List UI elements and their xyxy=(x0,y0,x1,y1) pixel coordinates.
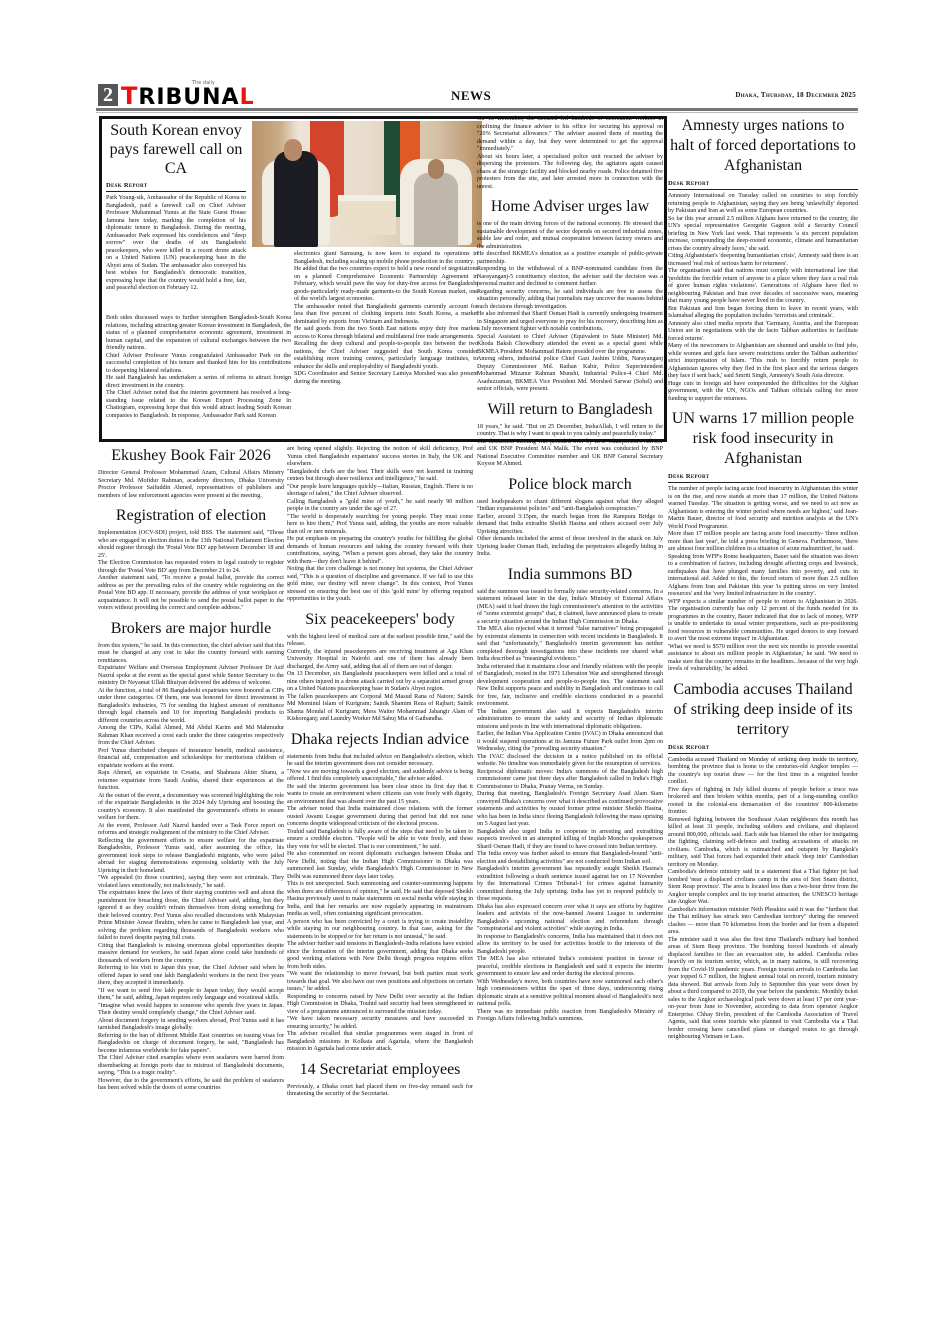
paragraph: Previously, a Dhaka court had placed the… xyxy=(287,1084,473,1099)
byline: Desk Report xyxy=(106,182,246,192)
paragraph: The adviser noted that India maintained … xyxy=(287,806,473,829)
paragraph: About six hours later, a specialised pol… xyxy=(477,154,663,192)
paragraph: Responding to concerns raised by New Del… xyxy=(287,994,473,1017)
paragraph: Regarding security concerns, he said ind… xyxy=(477,289,663,312)
paragraph: Among others, industrial police Chief Ga… xyxy=(477,356,663,394)
paragraph: Noting that the core challenge is not mo… xyxy=(287,566,473,604)
logo-tagline: The daily xyxy=(192,80,215,86)
paragraph: from this system," he said. In this conn… xyxy=(98,643,284,666)
paragraph: He put emphasis on preparing the country… xyxy=(287,536,473,566)
byline: Desk Report xyxy=(668,180,858,190)
paragraph: Earlier, around 3:15pm, the march began … xyxy=(477,514,663,537)
dateline: Dhaka, Thursday, 18 December 2025 xyxy=(735,91,856,99)
paragraph: Bangladesh's interim government has repe… xyxy=(477,866,663,904)
headline: Brokers are major hurdle xyxy=(98,619,284,639)
headline: Home Adviser urges law xyxy=(477,197,663,217)
column-1: Ekushey Book Fair 2026 Director General … xyxy=(98,446,284,1093)
section-title: NEWS xyxy=(451,88,491,104)
paragraph: Among the CIPs, Kallal Ahmed, Md Abdul K… xyxy=(98,725,284,748)
paragraph: There was no immediate public reaction f… xyxy=(477,1009,663,1024)
paragraph: The India envoy was further asked to ens… xyxy=(477,851,663,866)
paragraph: But Pakistan and Iran began forcing them… xyxy=(668,306,858,321)
paragraph: At the event, Professor Asif Nazrul hand… xyxy=(98,823,284,838)
header-rule-thin xyxy=(96,112,858,113)
paragraph: Recalling the deep cultural and people-t… xyxy=(294,341,478,371)
paragraph: Prof Yunus distributed cheques of insura… xyxy=(98,748,284,771)
paragraph: On 10 December, the accused led hundreds… xyxy=(477,116,663,154)
column-3-top: On 10 December, the accused led hundreds… xyxy=(477,116,663,1024)
paragraph: Huge cuts in foreign aid have compounded… xyxy=(668,381,858,404)
paragraph: The MEA also rejected what it termed "fa… xyxy=(477,626,663,664)
page-number: 2 xyxy=(98,84,118,106)
headline: Police block march xyxy=(477,475,663,495)
paragraph: Another statement said, "To receive a po… xyxy=(98,575,284,613)
paragraph: At the outset of the event, a documentar… xyxy=(98,793,284,823)
paragraph: Director General Professor Mohammad Azam… xyxy=(98,470,284,500)
headline: India summons BD xyxy=(477,565,663,585)
paragraph: He added that the two countries expect t… xyxy=(294,266,478,304)
paragraph: In response to Bangladesh's concerns, In… xyxy=(477,934,663,957)
paragraph: He also informed that Sharif Osman Hadi … xyxy=(477,311,663,334)
paragraph: Amnesty International on Tuesday called … xyxy=(668,193,858,216)
paragraph: He described BKMEA's donation as a posit… xyxy=(477,251,663,266)
headline: 14 Secretariat employees xyxy=(287,1060,473,1080)
paragraph: More than 17 million people are facing a… xyxy=(668,531,858,554)
paragraph: Implementation (OCV-SDI) project, told B… xyxy=(98,530,284,560)
paragraph: 'What we need is $570 million over the n… xyxy=(668,644,858,674)
paragraph: He said the interim government has been … xyxy=(287,784,473,807)
header-rule xyxy=(96,108,858,111)
column-2: are being opened slightly. Rejecting the… xyxy=(287,446,473,1099)
logo: TRIBUNAL xyxy=(121,82,255,110)
paragraph: "We have taken necessary security measur… xyxy=(287,1016,473,1031)
byline: Desk Report xyxy=(668,473,858,483)
headline: South Korean envoy pays farewell call on… xyxy=(106,121,246,178)
paragraph: Touhid said Bangladesh is fully aware of… xyxy=(287,829,473,852)
newspaper-page: 2 TRIBUNAL The daily NEWS Dhaka, Thursda… xyxy=(96,82,858,110)
paragraph: is one of the main driving forces of the… xyxy=(477,221,663,251)
paragraph: However, due to the government's efforts… xyxy=(98,1078,284,1093)
paragraph: Other demands included the arrest of tho… xyxy=(477,536,663,559)
paragraph: Dhaka has also expressed concern over wh… xyxy=(477,904,663,934)
paragraph: are being opened slightly. Rejecting the… xyxy=(287,446,473,469)
paragraph: The Chief Adviser noted that the interim… xyxy=(106,390,291,420)
photo-ambassador-meeting xyxy=(252,121,482,247)
paragraph: Currently, the injured peacekeepers are … xyxy=(287,649,473,672)
paragraph: 18 years," he said. "But on 25 December,… xyxy=(477,424,663,439)
korea-column-1b: Both sides discussed ways to further str… xyxy=(106,315,291,420)
paragraph: The organisation said that nations must … xyxy=(668,268,858,306)
headline: UN warns 17 million people risk food ins… xyxy=(668,409,858,469)
korea-column-1: South Korean envoy pays farewell call on… xyxy=(106,121,246,293)
headline: Six peacekeepers' body xyxy=(287,610,473,630)
paragraph: Citing that Bangladesh is missing enormo… xyxy=(98,943,284,966)
paragraph: The ambassador noted that Bangladeshi ga… xyxy=(294,304,478,327)
paragraph: electronics giant Samsung, is now keen t… xyxy=(294,251,478,266)
paragraph: This is not unexpected. Such summoning a… xyxy=(287,881,473,919)
headline: Cambodia accuses Thailand of striking de… xyxy=(668,680,858,740)
paragraph: A person who has been convicted by a cou… xyxy=(287,919,473,942)
paragraph: The fallen peacekeepers are Corporal Md … xyxy=(287,694,473,724)
paragraph: statements from India that included advi… xyxy=(287,754,473,769)
byline: Desk Report xyxy=(668,744,858,754)
headline: Ekushey Book Fair 2026 xyxy=(98,446,284,466)
paragraph: Amnesty also cited media reports that 'G… xyxy=(668,321,858,344)
paragraph: During that meeting, Bangladesh's Foreig… xyxy=(477,791,663,829)
paragraph: "The world is desperately searching for … xyxy=(287,514,473,537)
paragraph: The Election Commission has requested vo… xyxy=(98,560,284,575)
paragraph: The adviser further said tensions in Ban… xyxy=(287,941,473,971)
paragraph: India reiterated that it maintains close… xyxy=(477,664,663,709)
paragraph: used loudspeakers to chant different slo… xyxy=(477,499,663,514)
paragraph: Responding to the withdrawal of a BNP-no… xyxy=(477,266,663,289)
headline: Will return to Bangladesh xyxy=(477,400,663,420)
paragraph: Reciprocal diplomatic moves: India's sum… xyxy=(477,769,663,792)
paragraph: "Our people learn languages quickly—Ital… xyxy=(287,484,473,499)
paragraph: Calling Bangladesh a "gold mine of youth… xyxy=(287,499,473,514)
paragraph: Speaking from WFP's Rome headquarters, B… xyxy=(668,554,858,599)
paragraph: At the function, a total of 86 Banglades… xyxy=(98,688,284,726)
paragraph: Renewed fighting between the Southeast A… xyxy=(668,817,858,870)
paragraph: Five days of fighting in July killed doz… xyxy=(668,787,858,817)
headline: Dhaka rejects Indian advice xyxy=(287,730,473,750)
paragraph: Citing Afghanistan's 'deepening humanita… xyxy=(668,253,858,268)
paragraph: On 13 December, six Bangladeshi peacekee… xyxy=(287,671,473,694)
paragraph: with the highest level of medical care a… xyxy=(287,634,473,649)
paragraph: Many of the newcomers to Afghanistan are… xyxy=(668,343,858,381)
paragraph: The MEA has also reiterated India's cons… xyxy=(477,956,663,979)
paragraph: Cambodia's information minister Neth Phe… xyxy=(668,907,858,937)
paragraph: Special Assistant to Chief Adviser (Equi… xyxy=(477,334,663,357)
paragraph: "We appealed (to those countries), sayin… xyxy=(98,875,284,890)
paragraph: About document forgery in sending worker… xyxy=(98,1018,284,1033)
paragraph: "Imagine what would happen to someone wh… xyxy=(98,1003,284,1018)
korea-column-2: electronics giant Samsung, is now keen t… xyxy=(294,251,478,386)
paragraph: The Chief Adviser cited examples where e… xyxy=(98,1055,284,1078)
paragraph: Bangladesh also urged India to cooperate… xyxy=(477,829,663,852)
paragraph: He also commented on recent diplomatic e… xyxy=(287,851,473,881)
paragraph: Cambodia's defence ministry said in a st… xyxy=(668,869,858,907)
paragraph: Referring to the ban of different Middle… xyxy=(98,1033,284,1056)
paragraph: "We want the relationship to move forwar… xyxy=(287,971,473,994)
headline: Amnesty urges nations to halt of forced … xyxy=(668,116,858,176)
paragraph: Both sides discussed ways to further str… xyxy=(106,315,291,353)
paragraph: said the summon was issued to formally r… xyxy=(477,589,663,627)
paragraph: He said goods from the two South East na… xyxy=(294,326,478,341)
paragraph: Referring to his visit to Japan this yea… xyxy=(98,965,284,988)
paragraph: The adviser recalled that similar progra… xyxy=(287,1031,473,1054)
paragraph: "Bangladeshi chefs are the best. Their s… xyxy=(287,469,473,484)
paragraph: Park Young-sik, Ambassador of the Republ… xyxy=(106,195,246,293)
paragraph: Cambodia accused Thailand on Monday of s… xyxy=(668,757,858,787)
headline: Registration of election xyxy=(98,506,284,526)
paragraph: The discussion meeting was presided over… xyxy=(477,439,663,469)
paragraph: The expatriates knew the laws of their s… xyxy=(98,890,284,943)
paragraph: He said Bangladesh has undertaken a seri… xyxy=(106,375,291,390)
paragraph: WFP expects a similar number of people t… xyxy=(668,599,858,644)
paragraph: Expatriates' Welfare and Overseas Employ… xyxy=(98,665,284,688)
paragraph: Earlier, the Indian Visa Application Cen… xyxy=(477,731,663,754)
paragraph: Chief Adviser Professor Yunus congratula… xyxy=(106,353,291,376)
column-4: Amnesty urges nations to halt of forced … xyxy=(668,116,858,1042)
paragraph: SDG Coordinator and Senior Secretary Lam… xyxy=(294,371,478,386)
paragraph: The number of people facing acute food i… xyxy=(668,486,858,531)
masthead: 2 TRIBUNAL The daily NEWS Dhaka, Thursda… xyxy=(96,82,858,110)
paragraph: Raju Ahmed, an expatriate in Croatia, an… xyxy=(98,770,284,793)
paragraph: The minister said it was also the first … xyxy=(668,937,858,1042)
paragraph: The Indian government also said it expec… xyxy=(477,709,663,732)
paragraph: "If we want to send five lakh people to … xyxy=(98,988,284,1003)
paragraph: So far this year around 2.5 million Afgh… xyxy=(668,216,858,254)
paragraph: Reflecting the government efforts to ens… xyxy=(98,838,284,876)
paragraph: With Wednesday's move, both countries ha… xyxy=(477,979,663,1009)
paragraph: "Now we are moving towards a good electi… xyxy=(287,769,473,784)
paragraph: The IVAC disclosed the decision in a not… xyxy=(477,754,663,769)
